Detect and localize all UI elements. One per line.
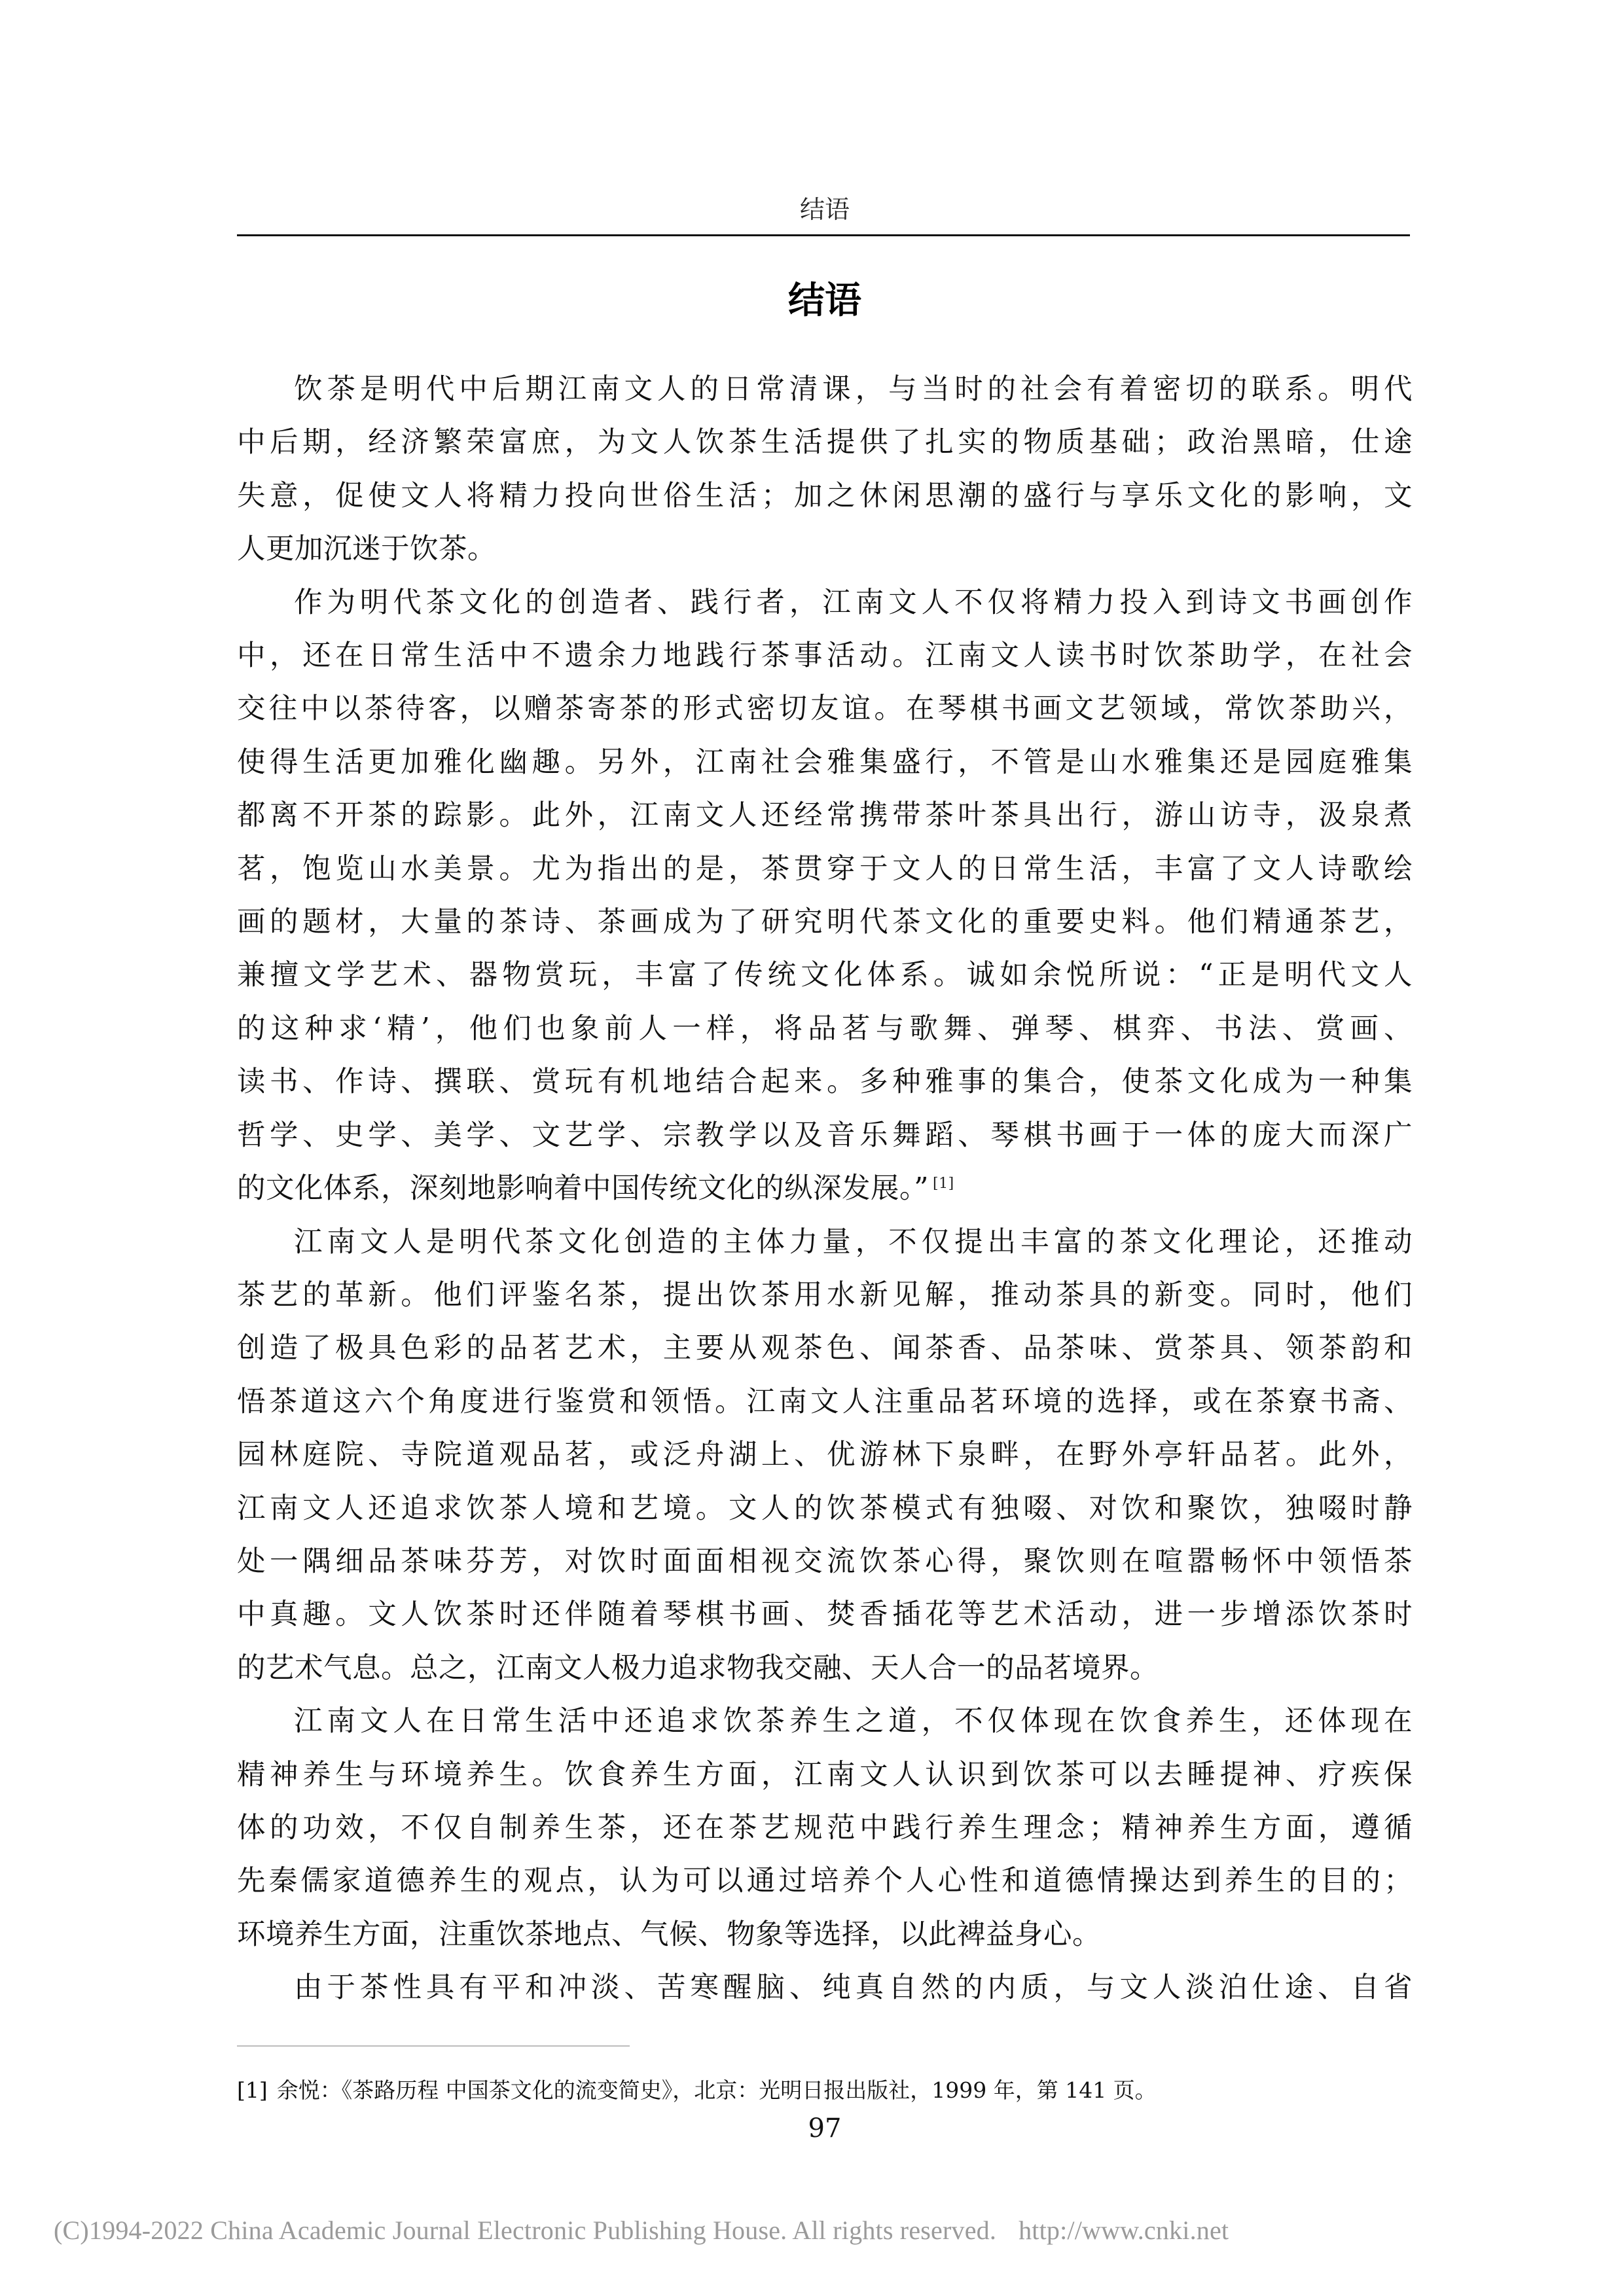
text-line: 人更加沉迷于饮茶。	[237, 523, 1413, 576]
text-line: 先秦儒家道德养生的观点，认为可以通过培养个人心性和道德情操达到养生的目的；	[237, 1855, 1413, 1908]
text-line: 画的题材，大量的茶诗、茶画成为了研究明代茶文化的重要史料。他们精通茶艺，	[237, 896, 1413, 949]
text-line: 的这种求‘精’，他们也象前人一样，将品茗与歌舞、弹琴、棋弈、书法、赏画、	[237, 1003, 1413, 1056]
paragraph: 江南文人是明代茶文化创造的主体力量，不仅提出丰富的茶文化理论，还推动 茶艺的革新…	[237, 1216, 1413, 1696]
copyright-text: (C)1994-2022 China Academic Journal Elec…	[54, 2215, 996, 2245]
text-line: 精神养生与环境养生。饮食养生方面，江南文人认识到饮茶可以去睡提神、疗疾保	[237, 1749, 1413, 1802]
text-line: 江南文人还追求饮茶人境和艺境。文人的饮茶模式有独啜、对饮和聚饮，独啜时静	[237, 1482, 1413, 1535]
footnote-marker: [1]	[237, 2077, 268, 2103]
text-line-content: 的文化体系，深刻地影响着中国传统文化的纵深发展。”	[237, 1172, 929, 1205]
text-line: 都离不开茶的踪影。此外，江南文人还经常携带茶叶茶具出行，游山访寺，汲泉煮	[237, 789, 1413, 842]
citation-marker[interactable]: [1]	[933, 1175, 954, 1192]
text-line: 读书、作诗、撰联、赏玩有机地结合起来。多种雅事的集合，使茶文化成为一种集	[237, 1056, 1413, 1109]
text-line: 江南文人在日常生活中还追求饮茶养生之道，不仅体现在饮食养生，还体现在	[237, 1695, 1413, 1748]
text-line: 茗，饱览山水美景。尤为指出的是，茶贯穿于文人的日常生活，丰富了文人诗歌绘	[237, 843, 1413, 896]
text-line: 中后期，经济繁荣富庶，为文人饮茶生活提供了扎实的物质基础；政治黑暗，仕途	[237, 416, 1413, 469]
body-text: 饮茶是明代中后期江南文人的日常清课，与当时的社会有着密切的联系。明代 中后期，经…	[237, 363, 1413, 2015]
copyright-notice: (C)1994-2022 China Academic Journal Elec…	[54, 2212, 1229, 2249]
text-line: 处一隅细品茶味芬芳，对饮时面面相视交流饮茶心得，聚饮则在喧嚣畅怀中领悟茶	[237, 1535, 1413, 1588]
paragraph: 江南文人在日常生活中还追求饮茶养生之道，不仅体现在饮食养生，还体现在 精神养生与…	[237, 1695, 1413, 1962]
text-line: 的文化体系，深刻地影响着中国传统文化的纵深发展。”[1]	[237, 1162, 1413, 1215]
text-line: 环境养生方面，注重饮茶地点、气候、物象等选择，以此裨益身心。	[237, 1909, 1413, 1962]
text-line: 失意，促使文人将精力投向世俗生活；加之休闲思潮的盛行与享乐文化的影响，文	[237, 470, 1413, 523]
footnote: [1]余悦：《茶路历程 中国茶文化的流变简史》，北京：光明日报出版社，1999 …	[237, 2075, 1413, 2106]
paragraph: 作为明代茶文化的创造者、践行者，江南文人不仅将精力投入到诗文书画创作 中，还在日…	[237, 577, 1413, 1216]
text-line: 使得生活更加雅化幽趣。另外，江南社会雅集盛行，不管是山水雅集还是园庭雅集	[237, 736, 1413, 789]
copyright-url[interactable]: http://www.cnki.net	[1019, 2215, 1229, 2245]
text-line: 交往中以茶待客，以赠茶寄茶的形式密切友谊。在琴棋书画文艺领域，常饮茶助兴，	[237, 683, 1413, 736]
text-line: 悟茶道这六个角度进行鉴赏和领悟。江南文人注重品茗环境的选择，或在茶寮书斋、	[237, 1376, 1413, 1429]
page-number: 97	[239, 2109, 1411, 2148]
text-line: 中真趣。文人饮茶时还伴随着琴棋书画、焚香插花等艺术活动，进一步增添饮茶时	[237, 1588, 1413, 1641]
text-line: 饮茶是明代中后期江南文人的日常清课，与当时的社会有着密切的联系。明代	[237, 363, 1413, 416]
paragraph: 饮茶是明代中后期江南文人的日常清课，与当时的社会有着密切的联系。明代 中后期，经…	[237, 363, 1413, 577]
text-line: 江南文人是明代茶文化创造的主体力量，不仅提出丰富的茶文化理论，还推动	[237, 1216, 1413, 1269]
text-line: 的艺术气息。总之，江南文人极力追求物我交融、天人合一的品茗境界。	[237, 1642, 1413, 1695]
text-line: 体的功效，不仅自制养生茶，还在茶艺规范中践行养生理念；精神养生方面，遵循	[237, 1802, 1413, 1855]
footnote-text: 余悦：《茶路历程 中国茶文化的流变简史》，北京：光明日报出版社，1999 年，第…	[277, 2077, 1157, 2103]
paragraph: 由于茶性具有平和冲淡、苦寒醒脑、纯真自然的内质，与文人淡泊仕途、自省	[237, 1962, 1413, 2015]
text-line: 哲学、史学、美学、文艺学、宗教学以及音乐舞蹈、琴棋书画于一体的庞大而深广	[237, 1109, 1413, 1162]
running-header: 结语	[239, 190, 1411, 229]
footnote-rule	[237, 2045, 630, 2047]
header-rule	[237, 234, 1410, 236]
text-line: 园林庭院、寺院道观品茗，或泛舟湖上、优游林下泉畔，在野外亭轩品茗。此外，	[237, 1429, 1413, 1482]
text-line: 作为明代茶文化的创造者、践行者，江南文人不仅将精力投入到诗文书画创作	[237, 577, 1413, 630]
text-line: 中，还在日常生活中不遗余力地践行茶事活动。江南文人读书时饮茶助学，在社会	[237, 630, 1413, 683]
text-line: 茶艺的革新。他们评鉴名茶，提出饮茶用水新见解，推动茶具的新变。同时，他们	[237, 1269, 1413, 1322]
chapter-title: 结语	[239, 275, 1411, 327]
text-line: 兼擅文学艺术、器物赏玩，丰富了传统文化体系。诚如余悦所说：“正是明代文人	[237, 949, 1413, 1002]
text-line: 由于茶性具有平和冲淡、苦寒醒脑、纯真自然的内质，与文人淡泊仕途、自省	[237, 1962, 1413, 2015]
text-line: 创造了极具色彩的品茗艺术，主要从观茶色、闻茶香、品茶味、赏茶具、领茶韵和	[237, 1322, 1413, 1375]
